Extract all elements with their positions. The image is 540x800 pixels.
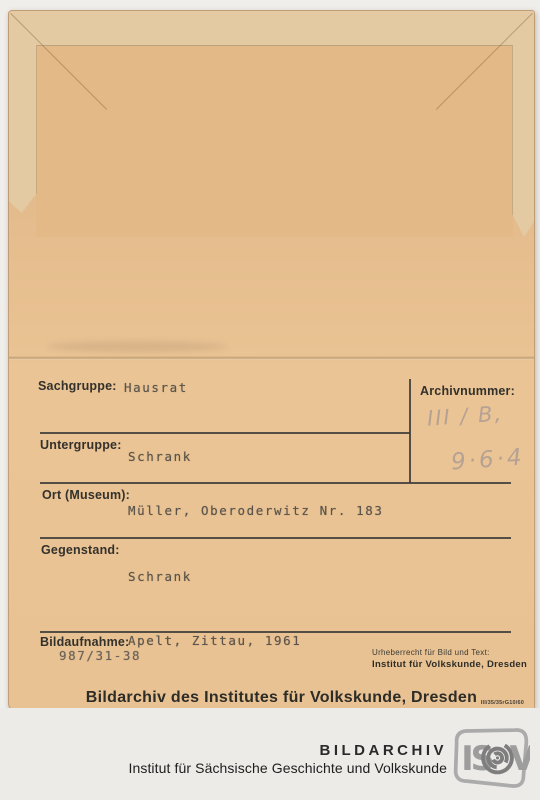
archive-subtitle: Institut für Sächsische Geschichte und V… xyxy=(128,760,447,776)
envelope-inner-panel xyxy=(36,45,513,237)
ink-smudge xyxy=(47,341,227,352)
horizontal-fold-crease xyxy=(9,356,534,360)
copyright-holder: Institut für Volkskunde, Dresden xyxy=(372,659,527,670)
envelope-top-flap xyxy=(9,11,534,46)
archive-title: BILDARCHIV xyxy=(128,742,447,759)
archivnummer-label: Archivnummer: xyxy=(420,384,515,398)
rule-above-gegenstand xyxy=(40,537,511,539)
rule-under-inventory-number xyxy=(40,432,410,434)
negative-number-value: 987/31-38 xyxy=(59,648,141,663)
bildaufnahme-value: Apelt, Zittau, 1961 xyxy=(128,633,301,648)
untergruppe-value: Schrank xyxy=(128,449,192,464)
ort-museum-value: Müller, Oberoderwitz Nr. 183 xyxy=(128,503,384,518)
envelope-left-flap xyxy=(9,45,37,213)
print-code: III/35/35rG10/60 xyxy=(481,700,524,706)
archivnummer-pencil-line1: III / B, xyxy=(426,401,504,430)
envelope-right-flap xyxy=(512,45,534,237)
sachgruppe-label: Sachgruppe: xyxy=(38,379,117,393)
isgv-logo: I S V xyxy=(452,724,530,790)
copyright-note: Urheberrecht für Bild und Text: xyxy=(372,648,490,657)
bildaufnahme-label: Bildaufnahme: xyxy=(40,635,129,649)
logo-letter-v: V xyxy=(510,739,530,778)
gegenstand-label: Gegenstand: xyxy=(41,543,120,557)
card-footer-line: Bildarchiv des Institutes für Volkskunde… xyxy=(19,689,535,707)
scanned-archive-card-page: Sachgruppe: Hausrat Untergruppe: Schrank… xyxy=(0,0,540,800)
sachgruppe-value: Hausrat xyxy=(124,380,188,395)
archive-footer: BILDARCHIV Institut für Sächsische Gesch… xyxy=(0,708,540,800)
rule-above-ort xyxy=(40,482,511,484)
archivnummer-pencil-line2: 9·6·4 xyxy=(450,444,525,475)
gegenstand-value: Schrank xyxy=(128,569,192,584)
archive-index-card: Sachgruppe: Hausrat Untergruppe: Schrank… xyxy=(8,10,535,710)
archive-brand-text: BILDARCHIV Institut für Sächsische Gesch… xyxy=(128,742,447,776)
archivnummer-divider xyxy=(409,379,411,483)
ort-museum-label: Ort (Museum): xyxy=(42,488,130,502)
untergruppe-label: Untergruppe: xyxy=(40,438,122,452)
